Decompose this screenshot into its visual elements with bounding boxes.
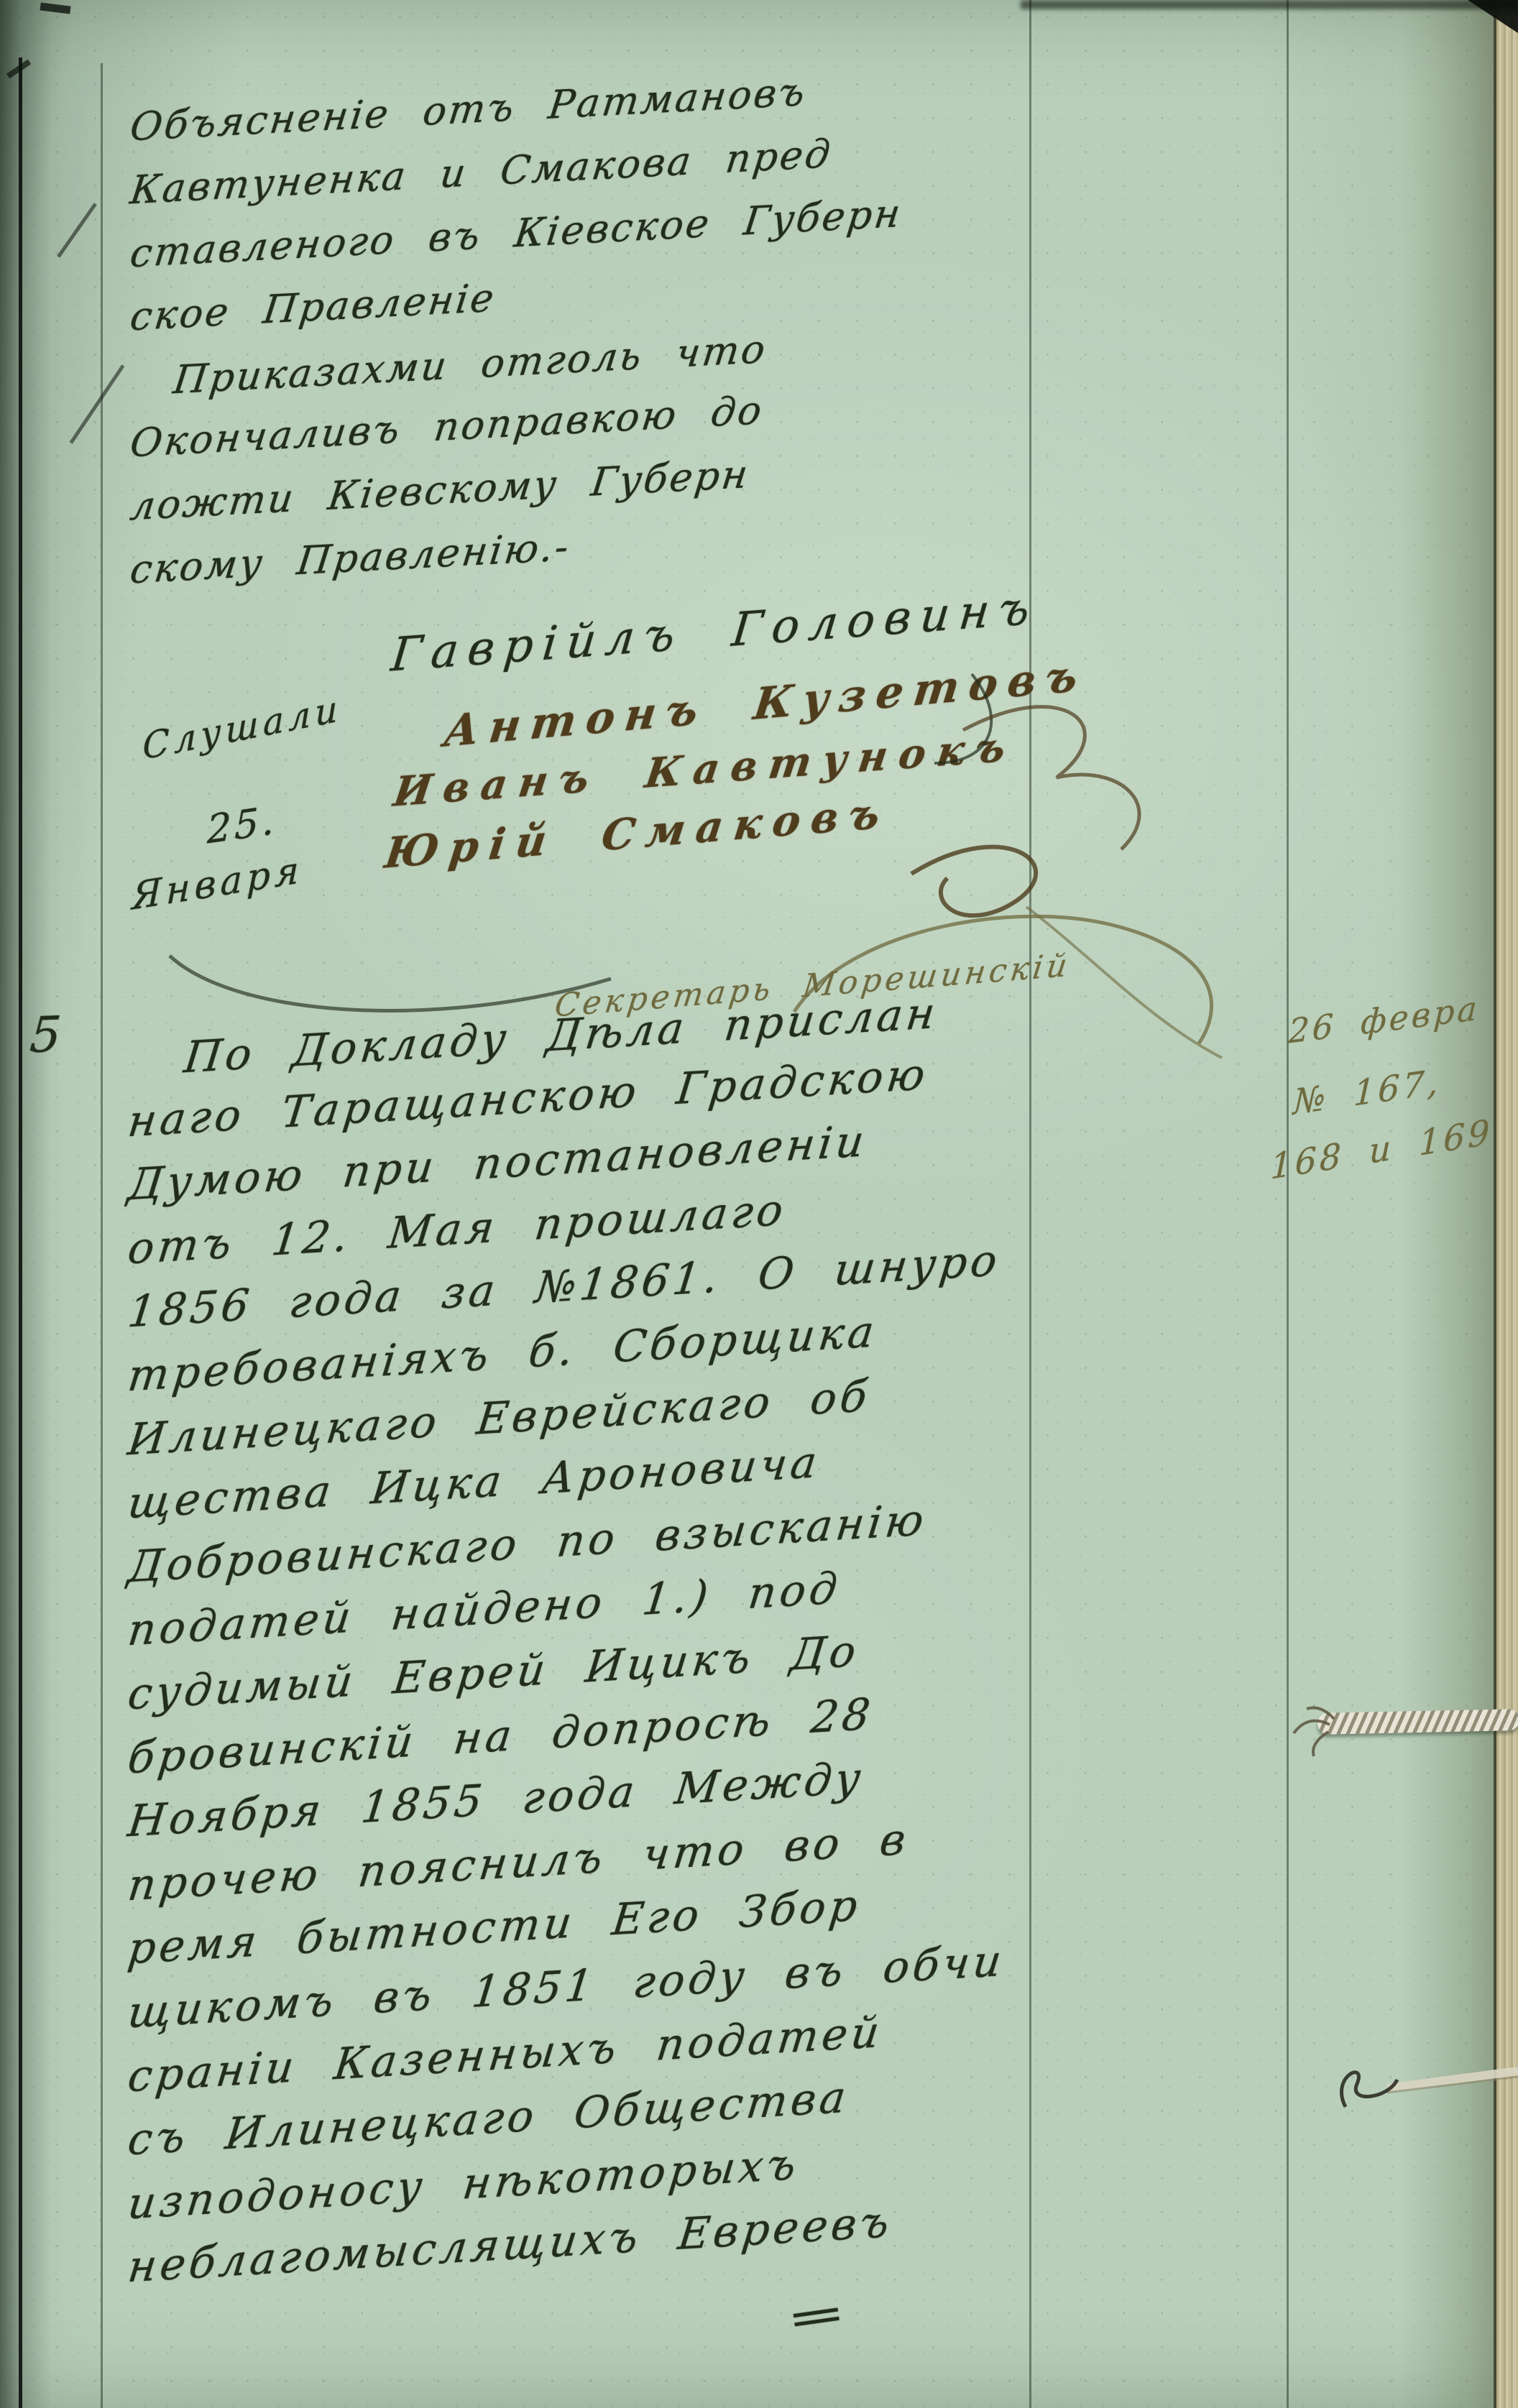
left-fold-shadow <box>0 0 52 2408</box>
heading-line: Приказахми отголь что <box>171 330 769 400</box>
page-gutter-shadow <box>1399 0 1499 2408</box>
margin-rule-left <box>101 63 103 2408</box>
flourish-under-date <box>170 956 611 1011</box>
heading-line: ское Правленіе <box>128 278 498 336</box>
book-edge-strip <box>1494 16 1518 2408</box>
paragraph-end-mark: = <box>783 2289 849 2342</box>
margin-date-month: Января <box>132 851 303 916</box>
margin-rule-right <box>1287 0 1289 2408</box>
scan-corner-mark <box>1468 0 1518 33</box>
heading-line: Окончаливъ поправкою до <box>128 391 765 463</box>
heading-line: скому Правленію.- <box>128 527 573 589</box>
scanned-document-page: Объясненіе отъ РатмановъКавтуненка и Сма… <box>0 0 1518 2408</box>
item-number: 5 <box>28 1010 63 1061</box>
thread-knot <box>1341 2072 1397 2107</box>
margin-date-day: 25. <box>207 801 277 849</box>
left-crease-line <box>19 57 22 2408</box>
binding-thread <box>1317 1709 1518 1735</box>
signature-flourish <box>911 847 1036 916</box>
heading-line: ложти Кіевскому Губерн <box>128 455 752 527</box>
stray-stroke <box>57 203 97 258</box>
heading-line: Объясненіе отъ Ратмановъ <box>128 73 809 147</box>
margin-date-word: Слушали <box>142 690 342 765</box>
scan-top-smudge <box>1021 0 1518 9</box>
stray-stroke <box>70 364 125 444</box>
column-rule-middle <box>1029 0 1031 2408</box>
